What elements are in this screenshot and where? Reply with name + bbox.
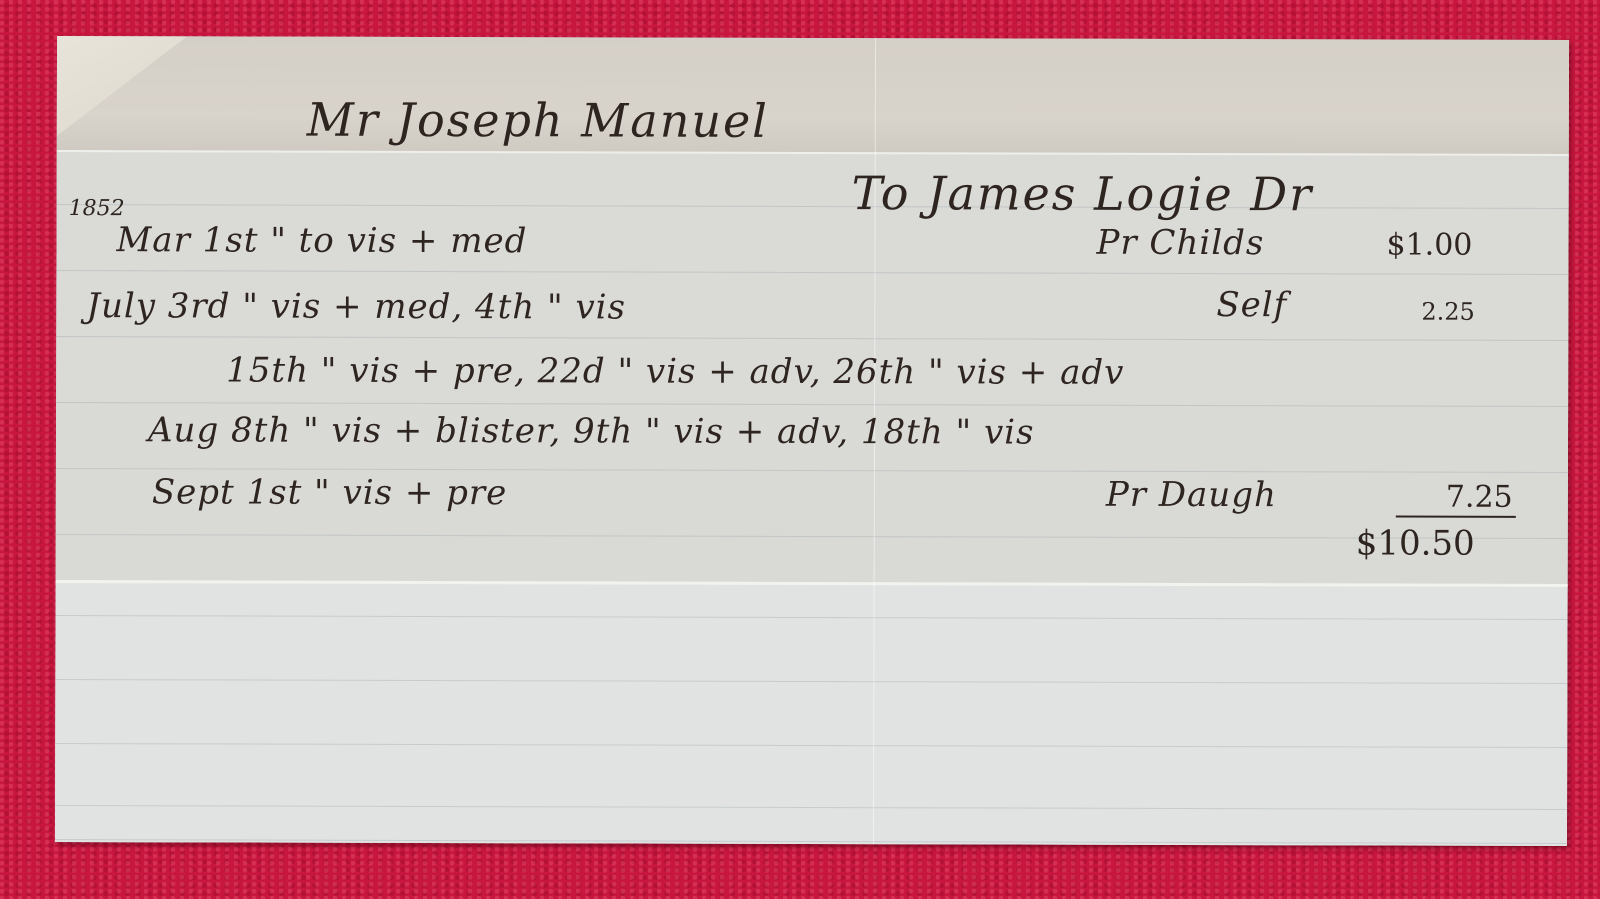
creditor-name: James Logie Dr [927,166,1313,221]
entry-amount-5: 7.25 [1446,480,1513,515]
paper-bottom-panel [55,580,1568,846]
entry-line-4: Aug 8th " vis + blister, 9th " vis + adv… [148,410,1035,452]
total-amount: $10.50 [1356,523,1475,563]
sum-rule [1396,516,1516,518]
entry-line-2: July 3rd " vis + med, 4th " vis [86,286,626,327]
bill-paper: Mr Joseph Manuel To James Logie Dr 1852 … [55,36,1569,846]
paper-top-fold [57,36,1569,154]
entry-note-5: Pr Daugh [1106,475,1277,515]
year: 1852 [69,196,125,221]
entry-note-1: Pr Childs [1096,223,1264,263]
entry-line-1: Mar 1st " to vis + med [116,220,527,261]
entry-note-2: Self [1216,285,1287,325]
entry-amount-2: 2.25 [1421,298,1475,326]
entry-line-5: Sept 1st " vis + pre [152,472,508,513]
creditor-line: To James Logie Dr [852,166,1314,221]
creditor-prefix: To [852,166,911,220]
entry-line-3: 15th " vis + pre, 22d " vis + adv, 26th … [226,350,1124,392]
entry-amount-1: $1.00 [1386,228,1472,263]
addressee: Mr Joseph Manuel [307,93,769,148]
